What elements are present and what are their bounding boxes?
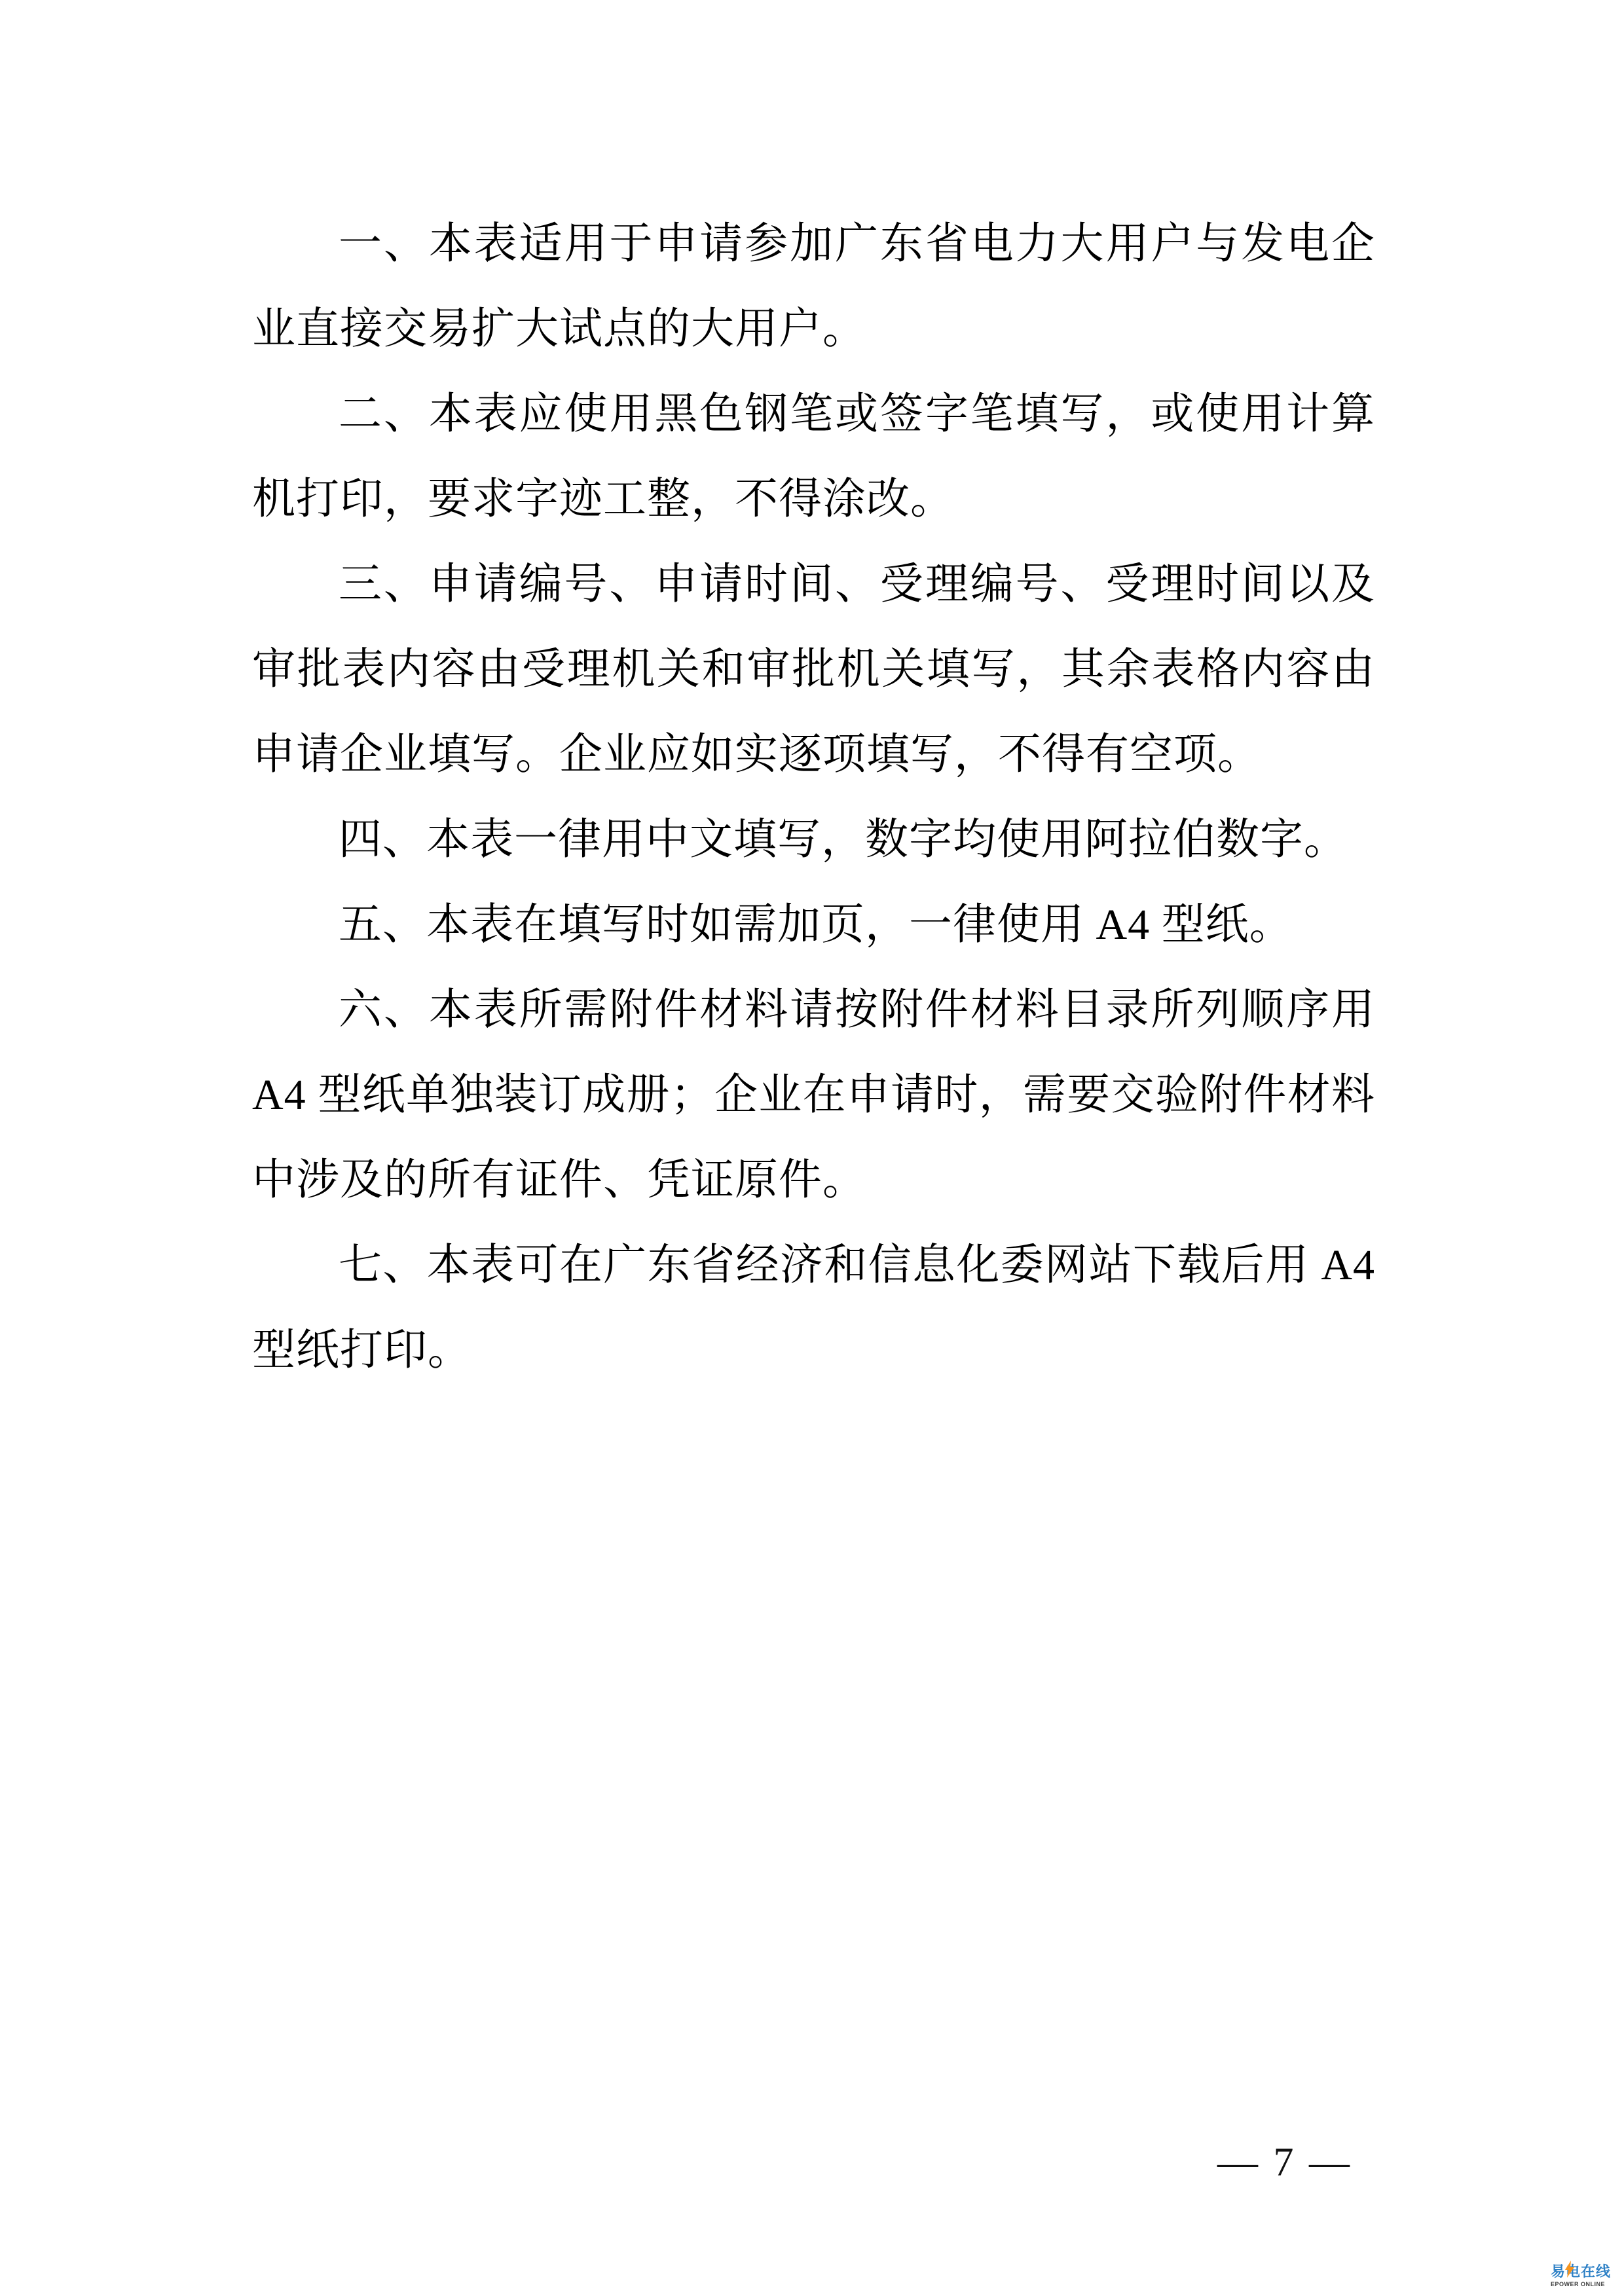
epower-logo-english: EPOWER ONLINE	[1551, 2281, 1619, 2288]
document-page: 一、本表适用于申请参加广东省电力大用户与发电企业直接交易扩大试点的大用户。 二、…	[0, 0, 1624, 2296]
note-paragraph-2: 二、本表应使用黑色钢笔或签字笔填写，或使用计算机打印，要求字迹工整，不得涂改。	[252, 372, 1375, 542]
note-paragraph-6: 六、本表所需附件材料请按附件材料目录所列顺序用 A4 型纸单独装订成册；企业在申…	[252, 968, 1375, 1223]
epower-logo-chinese: 易电在线	[1551, 2264, 1619, 2280]
note-paragraph-1: 一、本表适用于申请参加广东省电力大用户与发电企业直接交易扩大试点的大用户。	[252, 202, 1375, 372]
note-paragraph-5: 五、本表在填写时如需加页，一律使用 A4 型纸。	[252, 883, 1375, 968]
page-number: — 7 —	[1187, 2140, 1383, 2185]
note-paragraph-7: 七、本表可在广东省经济和信息化委网站下载后用 A4 型纸打印。	[252, 1223, 1375, 1393]
note-paragraph-4: 四、本表一律用中文填写，数字均使用阿拉伯数字。	[252, 797, 1375, 883]
epower-watermark: 易电在线 EPOWER ONLINE	[1551, 2264, 1619, 2288]
notes-section: 一、本表适用于申请参加广东省电力大用户与发电企业直接交易扩大试点的大用户。 二、…	[252, 202, 1375, 1393]
epower-logo-chinese-text: 易电在线	[1551, 2263, 1611, 2280]
note-paragraph-3: 三、申请编号、申请时间、受理编号、受理时间以及审批表内容由受理机关和审批机关填写…	[252, 542, 1375, 797]
